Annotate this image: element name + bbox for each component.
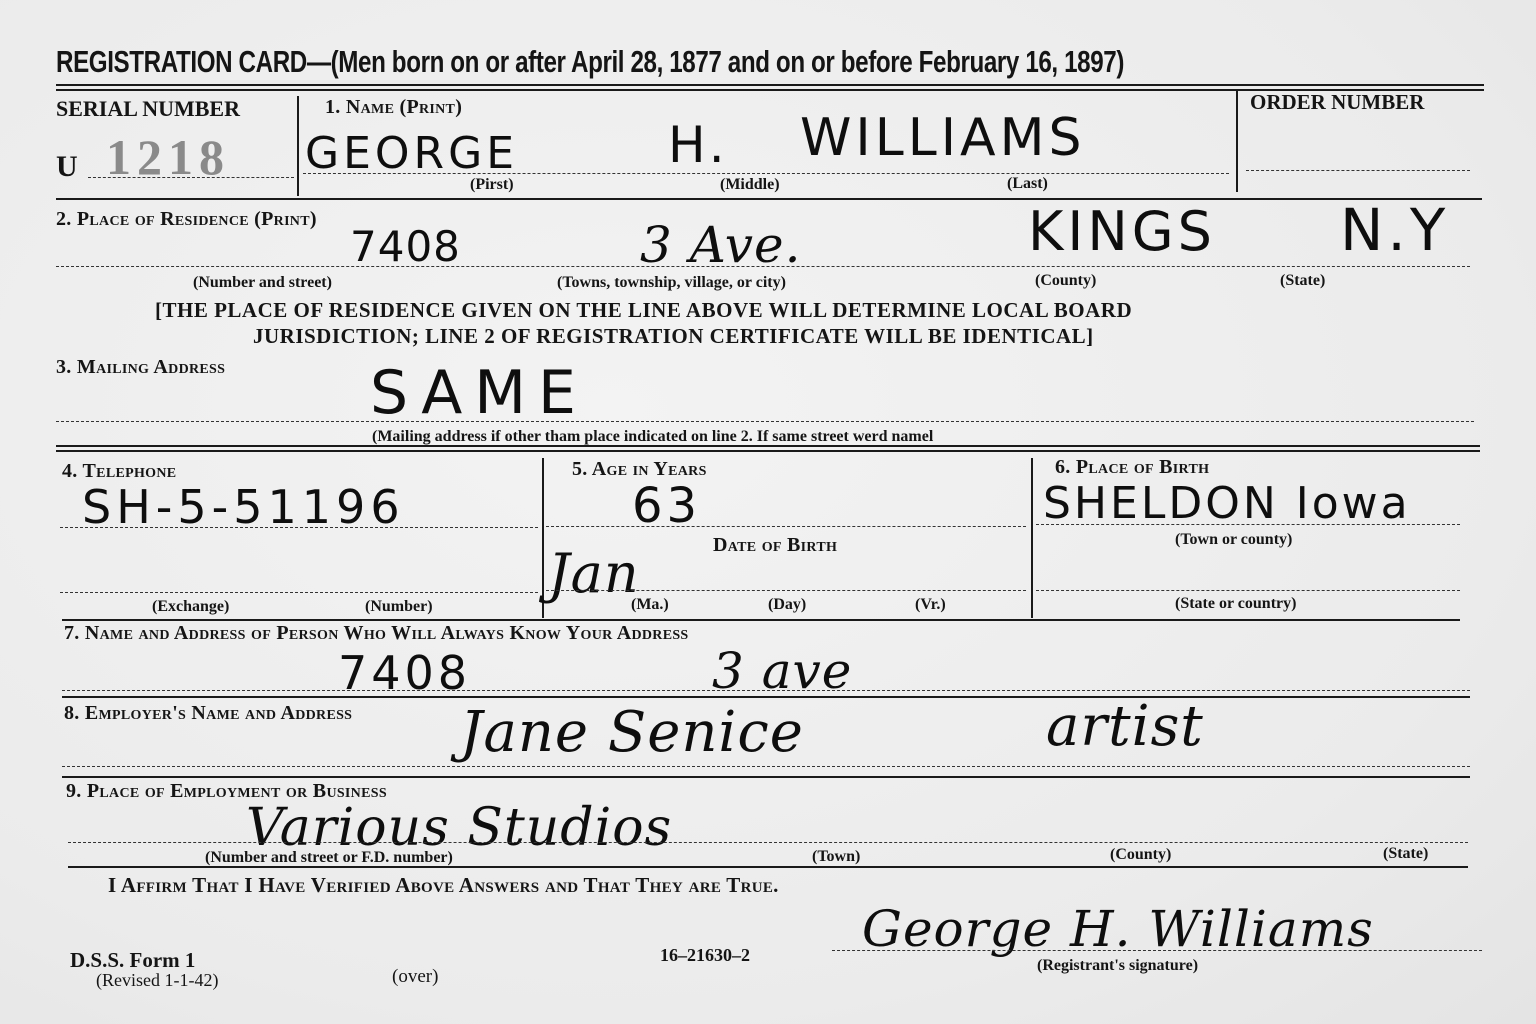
employer-name-value[interactable]: Jane Senice xyxy=(460,700,804,765)
signature-line xyxy=(832,950,1482,951)
employment-town-caption: (Town) xyxy=(812,848,860,866)
contact-number-value[interactable]: 7408 xyxy=(338,646,471,700)
contact-line xyxy=(62,690,1470,691)
name-last-caption: (Last) xyxy=(1007,175,1048,193)
employer-line xyxy=(62,766,1470,767)
residence-number-caption: (Number and street) xyxy=(193,274,332,292)
age-birthplace-divider xyxy=(1031,458,1033,618)
serial-prefix: U xyxy=(56,150,78,184)
serial-number-label: SERIAL NUMBER xyxy=(56,96,240,122)
affirmation-text: I Affirm That I Have Verified Above Answ… xyxy=(108,873,779,898)
dob-day-caption: (Day) xyxy=(768,596,806,614)
name-first-caption: (Pirst) xyxy=(470,176,514,194)
residence-state-caption: (State) xyxy=(1280,272,1325,290)
residence-county-value[interactable]: KINGS xyxy=(1028,200,1216,263)
order-divider xyxy=(1236,90,1238,192)
employment-county-caption: (County) xyxy=(1110,846,1171,864)
name-line xyxy=(303,173,1229,174)
form-revised: (Revised 1-1-42) xyxy=(96,970,218,991)
telephone-exchange-caption: (Exchange) xyxy=(152,598,229,616)
dob-year-caption: (Vr.) xyxy=(915,596,946,614)
registration-card: REGISTRATION CARD—(Men born on or after … xyxy=(0,0,1536,1024)
birthplace-label: 6. Place of Birth xyxy=(1055,456,1209,479)
row1-rule xyxy=(56,198,1482,200)
telephone-value[interactable]: SH-5-51196 xyxy=(82,480,405,534)
jurisdiction-notice-line2: JURISDICTION; LINE 2 OF REGISTRATION CER… xyxy=(253,324,1094,349)
birthplace-state-caption: (State or country) xyxy=(1175,595,1296,613)
telephone-age-divider xyxy=(542,458,544,618)
mailing-line xyxy=(56,421,1474,422)
mailing-address-value[interactable]: SAME xyxy=(370,358,588,428)
signature-caption: (Registrant's signature) xyxy=(1037,957,1198,975)
residence-county-caption: (County) xyxy=(1035,272,1096,290)
birthplace-line-2 xyxy=(1036,590,1460,591)
birthplace-value[interactable]: SHELDON Iowa xyxy=(1043,478,1411,529)
mailing-address-note: (Mailing address if other tham place ind… xyxy=(372,428,933,446)
name-first-value[interactable]: GEORGE xyxy=(305,128,518,179)
dob-month-caption: (Ma.) xyxy=(631,596,669,614)
birthplace-town-caption: (Town or county) xyxy=(1175,531,1292,549)
row9-rule xyxy=(68,866,1468,868)
telephone-line-2 xyxy=(60,592,538,593)
row7-rule xyxy=(62,696,1470,698)
residence-label: 2. Place of Residence (Print) xyxy=(56,208,317,231)
print-code: 16–21630–2 xyxy=(660,945,750,966)
residence-line xyxy=(56,266,1470,267)
order-number-label: ORDER NUMBER xyxy=(1250,90,1424,115)
name-last-value[interactable]: WILLIAMS xyxy=(800,108,1085,168)
row3-rule xyxy=(56,445,1480,452)
employer-label: 8. Employer's Name and Address xyxy=(64,702,352,725)
employer-occupation-value[interactable]: artist xyxy=(1046,694,1204,759)
residence-town-caption: (Towns, township, village, or city) xyxy=(557,274,786,292)
date-of-birth-label: Date of Birth xyxy=(713,534,837,557)
serial-line xyxy=(88,177,294,178)
row6-rule xyxy=(62,619,1460,621)
dob-month-value[interactable]: Jan xyxy=(548,542,640,605)
contact-street-value[interactable]: 3 ave xyxy=(712,642,852,700)
name-middle-caption: (Middle) xyxy=(720,176,780,194)
card-title: REGISTRATION CARD—(Men born on or after … xyxy=(56,44,1124,80)
row8-rule xyxy=(62,776,1470,778)
serial-divider xyxy=(297,96,299,196)
employment-state-caption: (State) xyxy=(1383,845,1428,863)
employment-number-caption: (Number and street or F.D. number) xyxy=(205,849,453,867)
residence-state-value[interactable]: N.Y xyxy=(1340,196,1449,264)
contact-label: 7. Name and Address of Person Who Will A… xyxy=(64,622,689,645)
age-line xyxy=(546,526,1026,527)
employment-line xyxy=(68,842,1468,843)
name-label: 1. Name (Print) xyxy=(325,96,462,119)
order-number-field[interactable] xyxy=(1246,170,1470,171)
name-middle-value[interactable]: H. xyxy=(668,116,729,174)
birthplace-line-1 xyxy=(1036,524,1460,525)
mailing-address-label: 3. Mailing Address xyxy=(56,356,225,379)
dob-line xyxy=(546,590,1026,591)
telephone-number-caption: (Number) xyxy=(365,598,433,616)
telephone-line-1 xyxy=(60,527,538,528)
residence-number-value[interactable]: 7408 xyxy=(350,222,461,271)
jurisdiction-notice-line1: [THE PLACE OF RESIDENCE GIVEN ON THE LIN… xyxy=(155,298,1132,323)
over-note: (over) xyxy=(392,966,438,988)
